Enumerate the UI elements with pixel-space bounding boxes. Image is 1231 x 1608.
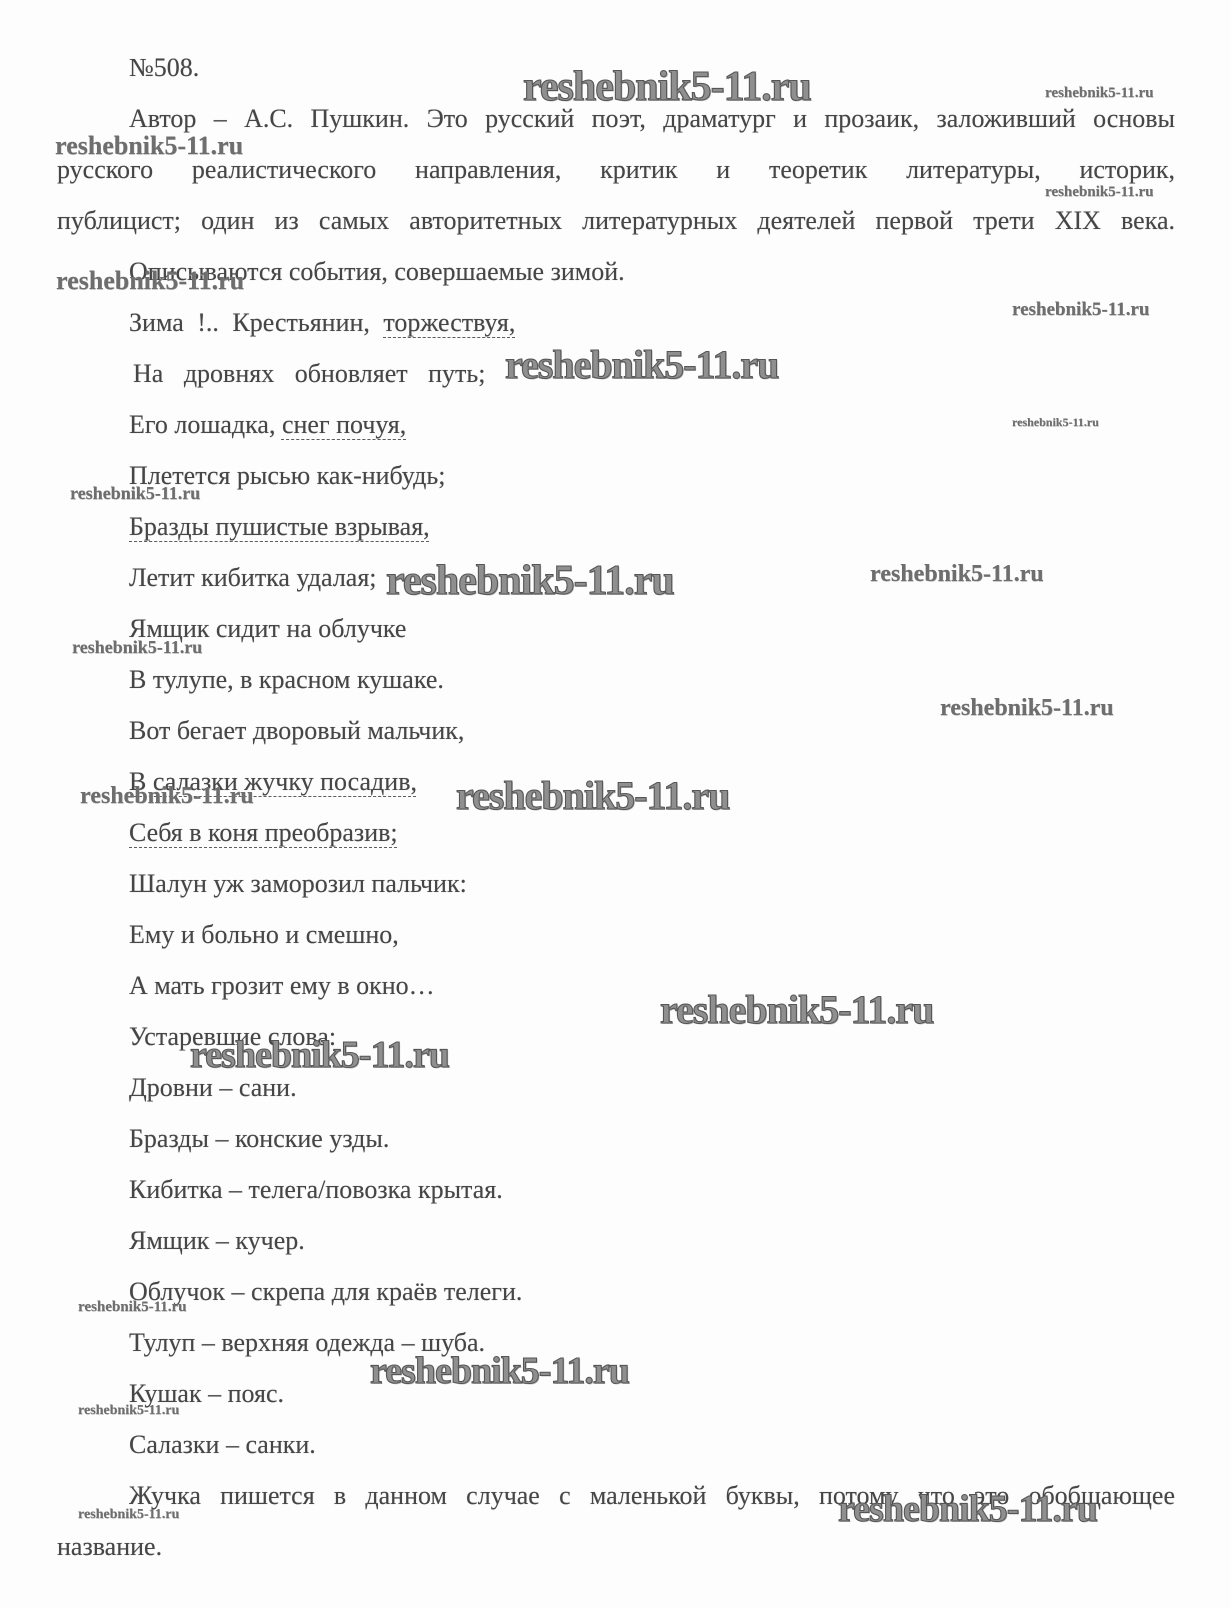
- verse-line-10: В салазки жучку посадив,: [57, 768, 1175, 796]
- task-number: №508.: [57, 54, 1175, 82]
- verse-line-1: Зима !.. Крестьянин, торжествуя,: [57, 309, 1175, 337]
- text-segment: Его лошадка,: [129, 410, 282, 439]
- glossary-heading: Устаревшие слова:: [57, 1023, 1175, 1051]
- text-segment: Автор – А.С. Пушкин. Это русский поэт, д…: [129, 105, 1175, 133]
- document-page: №508.Автор – А.С. Пушкин. Это русский по…: [0, 0, 1231, 1608]
- text-segment: Зима !.. Крестьянин,: [129, 308, 383, 337]
- author-paragraph-line-1: Автор – А.С. Пушкин. Это русский поэт, д…: [57, 105, 1175, 133]
- text-segment: В тулупе, в красном кушаке.: [129, 665, 444, 694]
- text-segment: русского реалистического направления, кр…: [57, 156, 1175, 184]
- underlined-phrase: Себя в коня преобразив;: [129, 818, 398, 847]
- text-segment: Устаревшие слова:: [129, 1022, 336, 1051]
- verse-line-12: Шалун уж заморозил пальчик:: [57, 870, 1175, 898]
- glossary-item-6: Тулуп – верхняя одежда – шуба.: [57, 1329, 1175, 1357]
- verse-line-11: Себя в коня преобразив;: [57, 819, 1175, 847]
- verse-line-3: Его лошадка, снег почуя,: [57, 411, 1175, 439]
- verse-line-8: В тулупе, в красном кушаке.: [57, 666, 1175, 694]
- text-segment: Шалун уж заморозил пальчик:: [129, 869, 467, 898]
- text-segment: Плетется рысью как-нибудь;: [129, 461, 445, 490]
- text-segment: Ему и больно и смешно,: [129, 920, 399, 949]
- text-segment: Ямщик сидит на облучке: [129, 614, 406, 643]
- author-paragraph-line-3: публицист; один из самых авторитетных ли…: [57, 207, 1175, 235]
- verse-line-14: А мать грозит ему в окно…: [57, 972, 1175, 1000]
- document-text: №508.Автор – А.С. Пушкин. Это русский по…: [0, 0, 1231, 1608]
- text-segment: Вот бегает дворовый мальчик,: [129, 716, 464, 745]
- underlined-phrase: торжествуя,: [383, 308, 515, 337]
- glossary-item-1: Дровни – сани.: [57, 1074, 1175, 1102]
- text-segment: Кушак – пояс.: [129, 1379, 284, 1408]
- author-paragraph-line-2: русского реалистического направления, кр…: [57, 156, 1175, 184]
- verse-line-2: На дровнях обновляет путь;: [57, 360, 1175, 388]
- underlined-phrase: Бразды пушистые взрывая,: [129, 512, 430, 541]
- verse-line-6: Летит кибитка удалая;: [57, 564, 1175, 592]
- text-segment: Облучок – скрепа для краёв телеги.: [129, 1277, 522, 1306]
- glossary-item-3: Кибитка – телега/повозка крытая.: [57, 1176, 1175, 1204]
- text-segment: публицист; один из самых авторитетных ли…: [57, 207, 1175, 235]
- text-segment: Салазки – санки.: [129, 1430, 316, 1459]
- text-segment: Бразды – конские узды.: [129, 1124, 389, 1153]
- conclusion-line-1: Жучка пишется в данном случае с маленько…: [57, 1482, 1175, 1510]
- text-segment: А мать грозит ему в окно…: [129, 971, 435, 1000]
- text-segment: На дровнях обновляет путь;: [133, 359, 485, 388]
- glossary-item-7: Кушак – пояс.: [57, 1380, 1175, 1408]
- text-segment: Описываются события, совершаемые зимой.: [129, 257, 625, 286]
- verse-line-13: Ему и больно и смешно,: [57, 921, 1175, 949]
- verse-line-7: Ямщик сидит на облучке: [57, 615, 1175, 643]
- intro-line: Описываются события, совершаемые зимой.: [57, 258, 1175, 286]
- text-segment: Кибитка – телега/повозка крытая.: [129, 1175, 503, 1204]
- glossary-item-5: Облучок – скрепа для краёв телеги.: [57, 1278, 1175, 1306]
- verse-line-4: Плетется рысью как-нибудь;: [57, 462, 1175, 490]
- underlined-phrase: снег почуя,: [282, 410, 406, 439]
- text-segment: №508.: [129, 53, 199, 82]
- glossary-item-8: Салазки – санки.: [57, 1431, 1175, 1459]
- text-segment: Тулуп – верхняя одежда – шуба.: [129, 1328, 485, 1357]
- glossary-item-4: Ямщик – кучер.: [57, 1227, 1175, 1255]
- text-segment: Ямщик – кучер.: [129, 1226, 305, 1255]
- conclusion-line-2: название.: [57, 1533, 1175, 1561]
- underlined-phrase: В салазки жучку посадив,: [129, 767, 417, 796]
- text-segment: Жучка пишется в данном случае с маленько…: [129, 1482, 1175, 1510]
- text-segment: название.: [57, 1532, 162, 1561]
- text-segment: Летит кибитка удалая;: [129, 563, 377, 592]
- text-segment: Дровни – сани.: [129, 1073, 297, 1102]
- verse-line-9: Вот бегает дворовый мальчик,: [57, 717, 1175, 745]
- glossary-item-2: Бразды – конские узды.: [57, 1125, 1175, 1153]
- verse-line-5: Бразды пушистые взрывая,: [57, 513, 1175, 541]
